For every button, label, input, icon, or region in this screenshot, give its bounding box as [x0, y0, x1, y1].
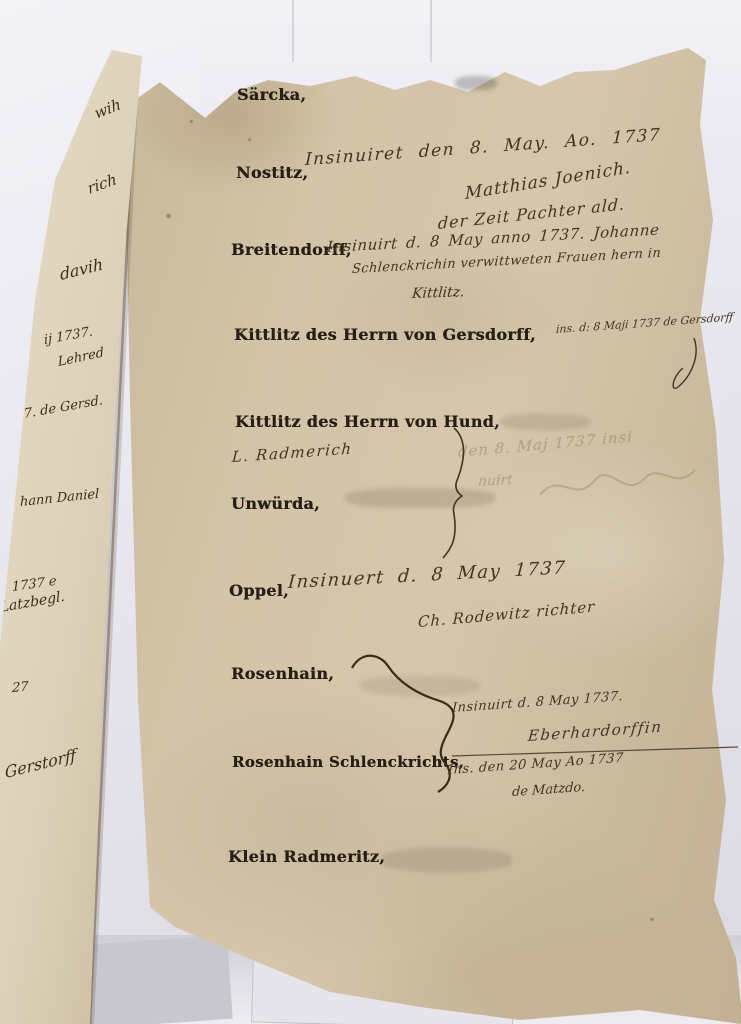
- entry-label-unwuerda: Unwürda,: [231, 494, 320, 513]
- margin-fragment: Latzbegl.: [0, 589, 65, 616]
- foxing-speck: [650, 918, 654, 921]
- margin-fragment: Gerstorff: [4, 745, 76, 782]
- entry-label-rosenhain: Rosenhain,: [231, 664, 334, 683]
- entry-label-saercka: Särcka,: [237, 85, 306, 104]
- foxing-speck: [190, 120, 193, 123]
- underlying-paper-corner: [77, 935, 232, 1024]
- bleedthrough-mark: [360, 676, 480, 696]
- margin-fragment: wih: [93, 95, 123, 123]
- entry-label-rosenhain-schlenckrichts: Rosenhain Schlenckrichts,: [232, 753, 464, 771]
- margin-fragment: davih: [59, 254, 104, 284]
- entry-label-kittlitz-hund: Kittlitz des Herrn von Hund,: [235, 412, 500, 431]
- bleedthrough-mark: [500, 414, 590, 430]
- bleedthrough-mark: [382, 848, 512, 872]
- foxing-speck: [248, 138, 251, 141]
- margin-fragment: rich: [86, 170, 118, 198]
- entry-label-oppel: Oppel,: [229, 581, 289, 600]
- photo-canvas: { "photo": { "colors": { "cloth": "#e7e6…: [0, 0, 741, 1024]
- margin-fragment: ij 1737.: [43, 324, 93, 348]
- entry-label-nostitz: Nostitz,: [236, 163, 308, 182]
- manuscript-page: [90, 38, 741, 1024]
- paper-crease: [292, 0, 294, 62]
- margin-fragment: Lehred: [57, 345, 104, 370]
- bleedthrough-mark: [345, 488, 495, 508]
- paper-crease: [430, 0, 432, 62]
- entry-label-kittlitz-gersdorff: Kittlitz des Herrn von Gersdorff,: [234, 325, 536, 344]
- foxing-speck: [166, 214, 171, 218]
- entry-label-klein-radmeritz: Klein Radmeritz,: [228, 847, 385, 866]
- annotation-hund-faded-line2: nuirt: [477, 472, 513, 490]
- margin-fragment: 7. de Gersd.: [23, 393, 103, 422]
- margin-fragment: 27: [12, 680, 29, 697]
- margin-fragment: hann Daniel: [20, 487, 99, 510]
- annotation-breitendorff-line3: Kittlitz.: [411, 284, 465, 302]
- bleedthrough-mark: [455, 76, 497, 90]
